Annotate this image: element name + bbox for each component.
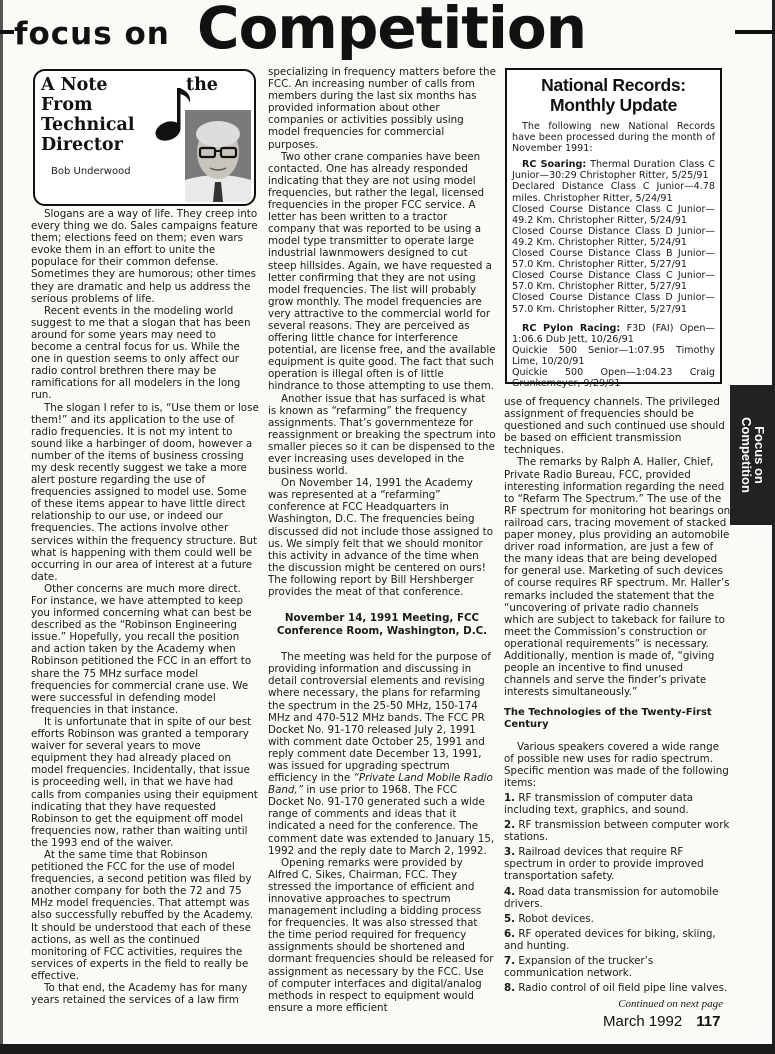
masthead-rule-left (0, 30, 14, 34)
meeting-subhead-line2: Conference Room, Washington, D.C. (268, 625, 496, 638)
author-photo (185, 110, 251, 202)
note-title-line1: A Note From (41, 75, 161, 115)
note-title: A Note From Technical Director (41, 75, 161, 155)
record-entry: Quickie 500 Open—1:04.23 Craig Grunkemey… (512, 367, 715, 389)
list-item: 3. Railroad devices that require RF spec… (504, 846, 731, 882)
note-author: Bob Underwood (51, 166, 131, 177)
record-entry: Closed Course Distance Class D Junior—49… (512, 226, 715, 248)
note-box: A Note From Technical Director the Bob U… (33, 69, 256, 206)
list-item: 6. RF operated devices for biking, skiin… (504, 928, 731, 952)
masthead-title: Competition (197, 0, 586, 62)
records-body: The following new National Records have … (507, 115, 720, 389)
records-title-line2: Monthly Update (507, 95, 720, 115)
paragraph: Another issue that has surfaced is what … (268, 393, 496, 478)
column-2: specializing in frequency matters before… (268, 66, 496, 1014)
record-entry: Declared Distance Class C Junior—4.78 mi… (512, 181, 715, 203)
national-records-box: National Records: Monthly Update The fol… (505, 68, 722, 384)
technologies-list: 1. RF transmission of computer data incl… (504, 792, 731, 994)
record-entry: Closed Course Distance Class C Junior—57… (512, 270, 715, 292)
side-tab-label: Focus on Competition (740, 417, 766, 493)
paragraph: Various speakers covered a wide range of… (504, 741, 731, 789)
records-title: National Records: Monthly Update (507, 75, 720, 115)
paragraph: use of frequency channels. The privilege… (504, 396, 731, 456)
note-title-line2: Technical (41, 115, 161, 135)
meeting-subhead-line1: November 14, 1991 Meeting, FCC (268, 612, 496, 625)
section-heading: The Technologies of the Twenty-First Cen… (504, 707, 731, 731)
paragraph: Opening remarks were provided by Alfred … (268, 857, 496, 1014)
record-entry: Closed Course Distance Class C Junior—49… (512, 204, 715, 226)
list-item: 2. RF transmission between computer work… (504, 819, 731, 843)
paragraph: To that end, the Academy has for many ye… (31, 982, 259, 1006)
record-entry: Closed Course Distance Class D Junior—57… (512, 292, 715, 314)
paragraph-meeting: The meeting was held for the purpose of … (268, 651, 496, 857)
list-item: 1. RF transmission of computer data incl… (504, 792, 731, 816)
page-bottom-edge (0, 1044, 775, 1054)
meeting-subhead: November 14, 1991 Meeting, FCC Conferenc… (268, 612, 496, 637)
paragraph: At the same time that Robinson petitione… (31, 849, 259, 982)
page-footer: March 1992117 (603, 1013, 720, 1030)
records-pylon: RC Pylon Racing: F3D (FAI) Open—1:06.6 D… (512, 323, 715, 345)
record-entry: Quickie 500 Senior—1:07.95 Timothy Lime,… (512, 345, 715, 367)
column-3: use of frequency channels. The privilege… (504, 396, 731, 1010)
issue-date: March 1992 (603, 1013, 682, 1030)
page-number: 117 (696, 1013, 720, 1030)
list-item: 4. Road data transmission for automobile… (504, 886, 731, 910)
continued-note: Continued on next page (504, 998, 731, 1010)
record-entry: Closed Course Distance Class B Junior—57… (512, 248, 715, 270)
paragraph: The slogan I refer to is, “Use them or l… (31, 402, 259, 583)
records-intro: The following new National Records have … (512, 121, 715, 154)
masthead: focus on Competition (0, 0, 775, 60)
paragraph: It is unfortunate that in spite of our b… (31, 716, 259, 849)
list-item: 7. Expansion of the trucker’s communicat… (504, 955, 731, 979)
paragraph: On November 14, 1991 the Academy was rep… (268, 477, 496, 598)
column-1: Slogans are a way of life. They creep in… (31, 208, 259, 1006)
list-item: 8. Radio control of oil field pipe line … (504, 982, 731, 994)
list-item: 5. Robot devices. (504, 913, 731, 925)
page-left-edge (0, 0, 3, 1054)
masthead-prefix: focus on (14, 16, 170, 52)
paragraph: Recent events in the modeling world sugg… (31, 305, 259, 402)
records-title-line1: National Records: (507, 75, 720, 95)
paragraph: The remarks by Ralph A. Haller, Chief, P… (504, 456, 731, 698)
paragraph: Other concerns are much more direct. For… (31, 583, 259, 716)
paragraph: Slogans are a way of life. They creep in… (31, 208, 259, 305)
section-side-tab: Focus on Competition (730, 385, 775, 525)
paragraph: Two other crane companies have been cont… (268, 151, 496, 393)
paragraph: specializing in frequency matters before… (268, 66, 496, 151)
records-soaring: RC Soaring: Thermal Duration Class C Jun… (512, 159, 715, 181)
masthead-rule-right (735, 30, 775, 34)
note-title-line3: Director (41, 135, 161, 155)
